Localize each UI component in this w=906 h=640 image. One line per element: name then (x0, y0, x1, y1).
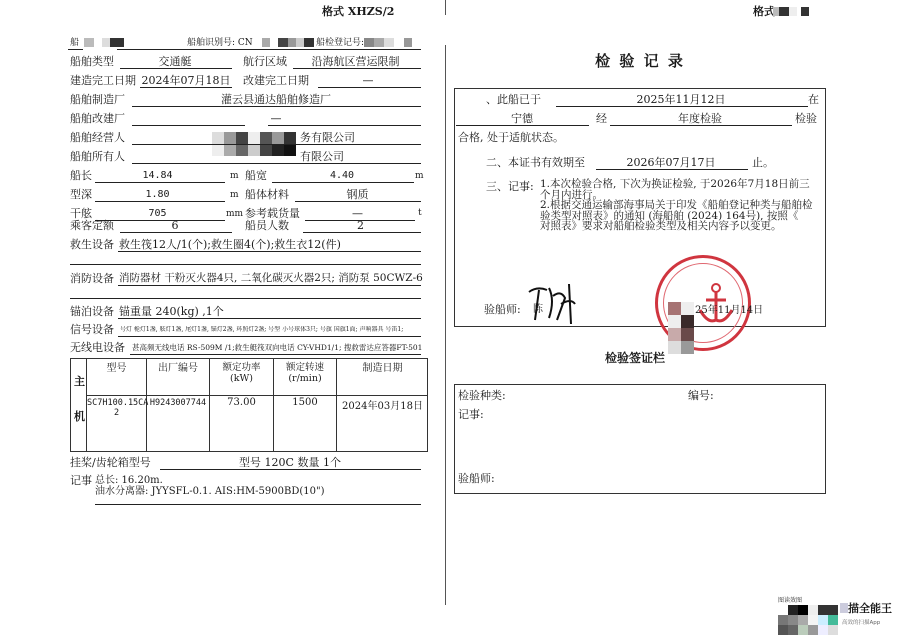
scanner-tagline: 高效的扫描App (842, 618, 880, 626)
ref-cargo-unit: t (418, 207, 422, 220)
breadth-unit: m (415, 170, 424, 183)
length-unit: m (230, 170, 239, 183)
crew-value: 2 (303, 219, 418, 232)
qr-caption: 图读效图 (778, 597, 802, 604)
notes-list: 1.本次检验合格, 下次为换证检验, 于2026年7月18日前三 个月内进行。 … (540, 179, 813, 232)
operator-label: 船舶经营人 (70, 131, 125, 144)
lifesaving-value: 救生筏12人/1(个);救生圈4(个);救生衣12(件) (119, 238, 341, 251)
radio-value: 甚高频无线电话 RS-509M /1;救生艇筏双向电话 CY-VHD1/1; 搜… (132, 343, 422, 352)
validity-suffix: 止。 (752, 156, 774, 169)
engine-side-label-top: 主 (74, 375, 85, 388)
inspection-place: 宁德 (456, 112, 588, 125)
record-line1-prefix: 、此船已于 (486, 93, 541, 106)
crew-label: 船员人数 (245, 219, 289, 232)
signature-icon (525, 280, 585, 325)
breadth-value: 4.40 (272, 169, 412, 182)
stamp-date: 25年11月14日 (695, 304, 763, 317)
endorsement-number-label: 编号: (688, 389, 714, 402)
endorsement-box (454, 384, 826, 494)
rebuilder-label: 船舶改建厂 (70, 112, 125, 125)
depth-label: 型深 (70, 188, 92, 201)
validity-prefix: 二、本证书有效期至 (486, 156, 585, 169)
gearbox-label: 挂桨/齿轮箱型号 (70, 456, 151, 469)
builder-label: 船舶制造厂 (70, 93, 125, 106)
navigation-area-label: 航行区域 (243, 55, 287, 68)
firefighting-label: 消防设备 (70, 272, 114, 285)
rebuilder-value: — (132, 112, 420, 125)
owner-value: 有限公司 (300, 150, 344, 163)
inspection-date: 2025年11月12日 (556, 93, 806, 106)
endorsement-surveyor-label: 验船师: (458, 472, 495, 485)
rebuild-date-value: — (318, 74, 418, 87)
record-line1-suffix: 在 (808, 93, 819, 106)
length-value: 14.84 (95, 169, 220, 182)
hull-material-label: 船体材料 (245, 188, 289, 201)
notes-label: 三、记事: (486, 180, 534, 193)
owner-label: 船舶所有人 (70, 150, 125, 163)
engine-side-label-bottom: 机 (74, 410, 85, 423)
inspection-record-title: 检 验 记 录 (450, 50, 830, 71)
ship-type-label: 船舶类型 (70, 55, 114, 68)
page-divider (445, 45, 446, 605)
passengers-label: 乘客定额 (70, 219, 114, 232)
redacted-registry (364, 38, 419, 47)
inspection-type: 年度检验 (610, 112, 790, 125)
redacted-ship-name (84, 38, 134, 47)
build-date-label: 建造完工日期 (70, 74, 136, 87)
remarks-line2: 油水分离器: JYYSFL-0.1. AIS:HM-5900BD(10") (95, 485, 325, 498)
breadth-label: 船宽 (245, 169, 267, 182)
redacted-stamp-area (668, 302, 694, 354)
passengers-value: 6 (120, 219, 230, 232)
note-line: 2.根据交通运输部海事局关于印发《船舶登记种类与船舶检 (540, 200, 813, 211)
signal-value: 号灯 桅灯1盏, 舷灯1盏, 尾灯1盏, 锚灯2盏, 环照灯2盏; 号型 小号球… (120, 326, 420, 334)
page-divider-top (445, 0, 446, 15)
endorsement-type-label: 检验种类: (458, 389, 506, 402)
record-status: 合格, 处于适航状态。 (458, 131, 564, 144)
validity-date: 2026年07月17日 (596, 156, 746, 169)
builder-value: 灌云县通达船舶修造厂 (132, 93, 420, 106)
anchoring-label: 锚泊设备 (70, 305, 114, 318)
redacted-ship-id (262, 38, 314, 47)
right-format-label: 格式 (753, 5, 775, 18)
length-label: 船长 (70, 169, 92, 182)
engine-header-date: 制造日期 (337, 362, 428, 375)
operator-value: 务有限公司 (300, 131, 355, 144)
endorsement-remarks-label: 记事: (458, 408, 484, 421)
engine-header-serial: 出厂编号 (147, 362, 209, 375)
engine-cell-power: 73.00 (210, 397, 273, 408)
engine-cell-speed: 1500 (274, 397, 336, 408)
rebuild-date-label: 改建完工日期 (243, 74, 309, 87)
navigation-area-value: 沿海航区营运限制 (293, 55, 418, 68)
remarks-label: 记事 (70, 474, 92, 487)
scanner-brand: 描全能王 (848, 600, 892, 616)
ship-type-value: 交通艇 (120, 55, 230, 68)
note-line: 对照表》要求对船舶检验类型及相关内容予以变更。 (540, 221, 813, 232)
radio-label: 无线电设备 (70, 341, 125, 354)
build-date-value: 2024年07月18日 (140, 74, 232, 87)
note-line: 1.本次检验合格, 下次为换证检验, 于2026年7月18日前三 (540, 179, 813, 190)
gearbox-value: 型号 120C 数量 1个 (160, 456, 420, 469)
signal-label: 信号设备 (70, 323, 114, 336)
hull-material-value: 钢质 (295, 188, 420, 201)
engine-header-model: 型号 (87, 362, 146, 375)
depth-unit: m (230, 189, 239, 202)
engine-header-power: 额定功率 (kW) (210, 362, 273, 384)
firefighting-value: 消防器材 干粉灭火器4只, 二氧化碳灭火器2只; 消防泵 50CWZ-6 (119, 272, 423, 285)
lifesaving-label: 救生设备 (70, 238, 114, 251)
record-line2-suffix: 检验 (795, 112, 817, 125)
record-via: 经 (596, 112, 607, 125)
anchoring-value: 锚重量 240(kg) ,1个 (119, 305, 224, 318)
engine-header-speed: 额定转速 (r/min) (274, 362, 336, 384)
qr-code-icon (778, 605, 838, 635)
format-label: 格式 XHZS/2 (322, 5, 394, 18)
depth-value: 1.80 (95, 188, 220, 201)
redacted-format-code (773, 7, 809, 16)
engine-cell-date: 2024年03月18日 (337, 397, 428, 412)
surveyor-label: 验船师: (484, 303, 521, 316)
engine-cell-model: SC7H100.15CA 2 (87, 398, 146, 418)
engine-cell-serial: H9243007744 (147, 398, 209, 408)
endorsement-title: 检验签证栏 (560, 352, 710, 365)
